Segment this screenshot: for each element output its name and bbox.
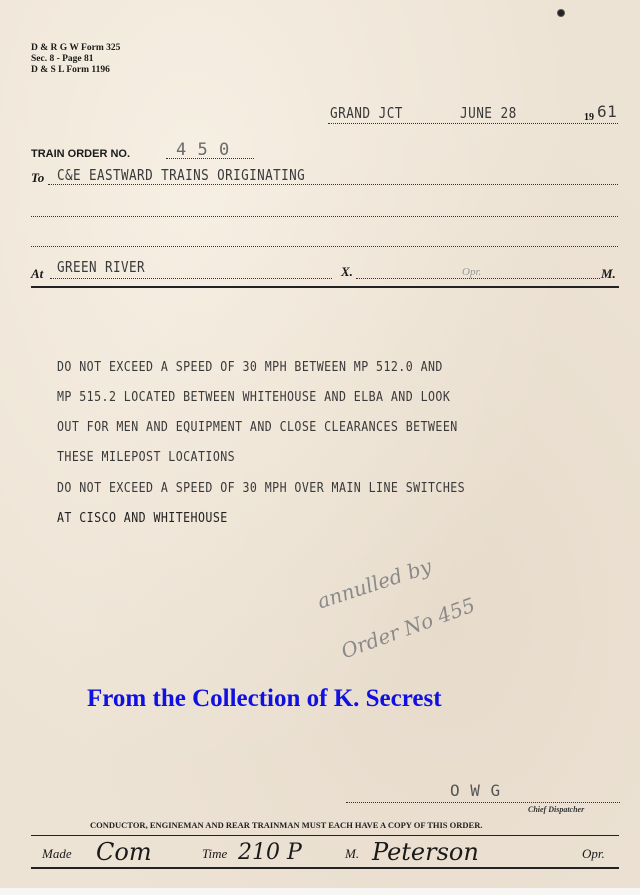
order-number-underline bbox=[166, 158, 254, 159]
punch-hole-icon bbox=[557, 9, 565, 17]
to-underline bbox=[48, 184, 618, 185]
time-value: 210 P bbox=[238, 840, 302, 865]
order-line: DO NOT EXCEED A SPEED OF 30 MPH OVER MAI… bbox=[57, 480, 465, 496]
order-line: AT CISCO AND WHITEHOUSE bbox=[57, 510, 228, 526]
date-underline bbox=[328, 123, 618, 124]
dispatcher-initials: O W G bbox=[450, 781, 501, 800]
to-label: To bbox=[31, 170, 44, 186]
train-order-label: TRAIN ORDER NO. bbox=[31, 148, 130, 160]
order-line: OUT FOR MEN AND EQUIPMENT AND CLOSE CLEA… bbox=[57, 419, 458, 435]
place-field: GRAND JCT bbox=[330, 104, 403, 122]
form-identifiers: D & R G W Form 325 Sec. 8 - Page 81 D & … bbox=[31, 43, 120, 76]
at-label: At bbox=[31, 266, 43, 282]
made-label: Made bbox=[42, 846, 72, 862]
year-prefix: 19 bbox=[584, 112, 594, 123]
date-field: JUNE 28 bbox=[460, 104, 517, 122]
opr-label: Opr. bbox=[462, 266, 481, 278]
blank-line-2 bbox=[31, 246, 618, 247]
made-value: Com bbox=[96, 838, 152, 866]
collection-watermark: From the Collection of K. Secrest bbox=[87, 685, 442, 713]
x-underline bbox=[356, 278, 600, 279]
footer-top-rule bbox=[31, 835, 619, 836]
order-line: THESE MILEPOST LOCATIONS bbox=[57, 449, 235, 465]
dispatcher-underline bbox=[346, 802, 620, 803]
train-order-form bbox=[0, 0, 640, 888]
header-divider bbox=[31, 286, 619, 288]
form-id-drgw: D & R G W Form 325 bbox=[31, 43, 120, 54]
at-field: GREEN RIVER bbox=[57, 258, 145, 276]
to-field: C&E EASTWARD TRAINS ORIGINATING bbox=[57, 166, 305, 184]
at-underline bbox=[50, 278, 332, 279]
order-line: MP 515.2 LOCATED BETWEEN WHITEHOUSE AND … bbox=[57, 389, 450, 405]
time-label: Time bbox=[202, 846, 227, 862]
m-label: M. bbox=[601, 266, 616, 282]
blank-line-1 bbox=[31, 216, 618, 217]
year-field: 61 bbox=[597, 102, 617, 121]
dispatcher-label: Chief Dispatcher bbox=[528, 805, 584, 814]
form-id-dsl: D & S L Form 1196 bbox=[31, 65, 120, 76]
m-footer-label: M. bbox=[345, 846, 359, 862]
copy-notice: CONDUCTOR, ENGINEMAN AND REAR TRAINMAN M… bbox=[90, 820, 482, 830]
x-label: X. bbox=[341, 264, 353, 280]
form-id-section: Sec. 8 - Page 81 bbox=[31, 54, 120, 65]
opr-footer-label: Opr. bbox=[582, 846, 605, 862]
footer-bottom-rule bbox=[31, 867, 619, 869]
train-order-number: 4 5 0 bbox=[176, 140, 230, 160]
operator-signature: Peterson bbox=[372, 838, 479, 866]
order-line: DO NOT EXCEED A SPEED OF 30 MPH BETWEEN … bbox=[57, 359, 443, 375]
page-bottom-edge bbox=[0, 888, 640, 895]
